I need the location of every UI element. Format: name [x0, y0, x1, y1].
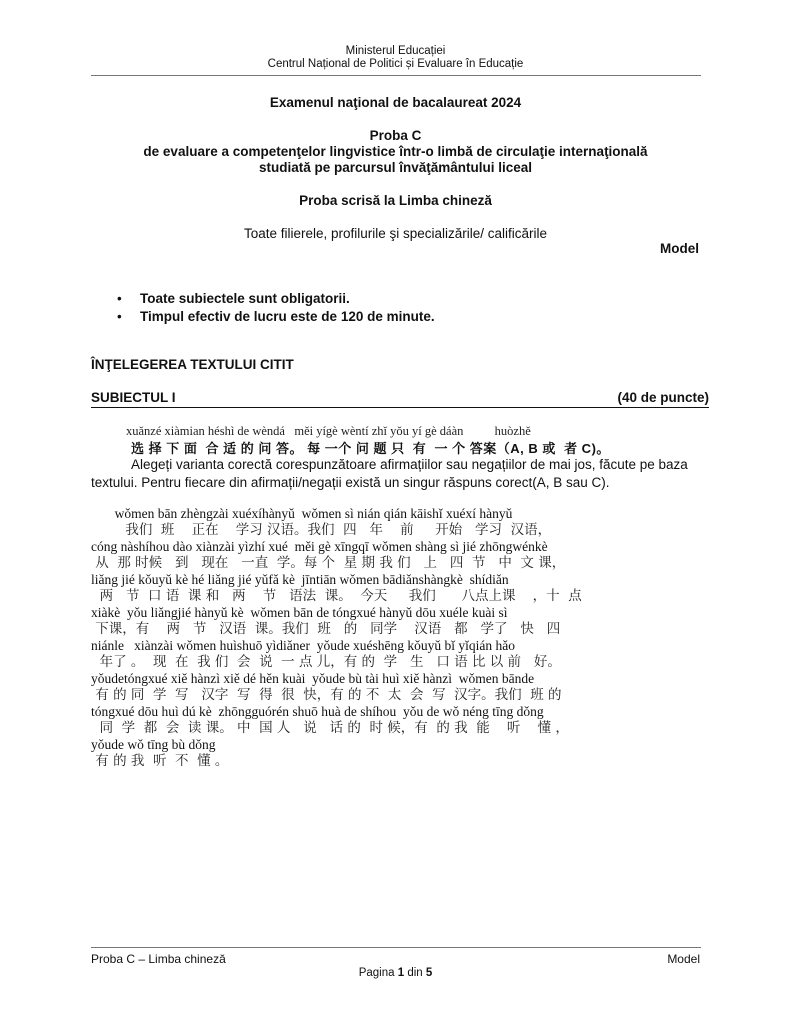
proba-subtitle-line2: studiată pe parcursul învăţământului lic…: [0, 160, 791, 176]
text-line: cóng nàshíhou dào xiànzài yìzhí xué měi …: [91, 540, 715, 572]
chinese-line: 两 节 口 语 课 和 两 节 语法 课。 今天 我们 八点上课 ，十 点: [91, 587, 715, 605]
scope-line: Toate filierele, profilurile şi speciali…: [0, 226, 791, 242]
rules-list: •Toate subiectele sunt obligatorii. •Tim…: [117, 290, 435, 326]
subject-points: (40 de puncte): [617, 390, 709, 405]
pinyin-line: yǒudetóngxué xiě hànzì xiě dé hěn kuài y…: [91, 672, 715, 686]
chinese-line: 年了 。 现 在 我 们 会 说 一 点 儿，有 的 学 生 口 语 比 以 前…: [91, 653, 715, 671]
exam-title: Examenul naţional de bacalaureat 2024: [0, 95, 791, 111]
chinese-line: 从 那 时候 到 现在 一直 学。每 个 星 期 我 们 上 四 节 中 文 课…: [91, 554, 715, 572]
rule-item: •Toate subiectele sunt obligatorii.: [117, 290, 435, 308]
section-title: ÎNŢELEGEREA TEXTULUI CITIT: [91, 357, 294, 372]
page-number: Pagina 1 din 5: [0, 967, 791, 979]
chinese-line: 下课，有 两 节 汉语 课。我们 班 的 同学 汉语 都 学了 快 四: [91, 620, 715, 638]
header-divider: [91, 75, 701, 76]
text-line: xiàkè yǒu liǎngjié hànyǔ kè wǒmen bān de…: [91, 606, 715, 638]
pinyin-line: tóngxué dōu huì dú kè zhōngguórén shuō h…: [91, 705, 715, 719]
chinese-line: 我们 班 正在 学习 汉语。我们 四 年 前 开始 学习 汉语，: [91, 521, 715, 539]
footer-right: Model: [667, 952, 700, 966]
rule-item: •Timpul efectiv de lucru este de 120 de …: [117, 308, 435, 326]
written-exam-title: Proba scrisă la Limba chineză: [0, 193, 791, 209]
bullet-icon: •: [117, 290, 122, 308]
ministry-name: Ministerul Educației: [0, 45, 791, 58]
text-line: liǎng jié kǒuyǔ kè hé liǎng jié yǔfǎ kè …: [91, 573, 715, 605]
footer-left: Proba C – Limba chineză: [91, 952, 226, 966]
pinyin-line: liǎng jié kǒuyǔ kè hé liǎng jié yǔfǎ kè …: [91, 573, 715, 587]
page-total: 5: [426, 967, 432, 979]
proba-title: Proba C: [0, 128, 791, 144]
footer-divider: [91, 947, 701, 948]
pinyin-line: niánle xiànzài wǒmen huìshuō yìdiǎner yǒ…: [91, 639, 715, 653]
rule-text: Toate subiectele sunt obligatorii.: [140, 291, 350, 306]
instruction-chinese: 选 择 下 面 合 适 的 问 答。 每 一个 问 题 只 有 一 个 答案（A…: [131, 438, 610, 457]
rule-text: Timpul efectiv de lucru este de 120 de m…: [140, 309, 435, 324]
text-line: yǒude wǒ tīng bù dǒng 有 的 我 听 不 懂 。: [91, 738, 715, 770]
chinese-line: 有 的 同 学 写 汉字 写 得 很 快，有 的 不 太 会 写 汉字。我们 班…: [91, 686, 715, 704]
reading-text: wǒmen bān zhèngzài xuéxíhànyǔ wǒmen sì n…: [91, 507, 715, 771]
proba-subtitle-line1: de evaluare a competenţelor lingvistice …: [0, 144, 791, 160]
page-sep: din: [407, 967, 422, 979]
chinese-line: 同 学 都 会 读 课。 中 国 人 说 话 的 时 候，有 的 我 能 听 懂…: [91, 719, 715, 737]
subject-header: SUBIECTUL I (40 de puncte): [91, 390, 709, 408]
bullet-icon: •: [117, 308, 122, 326]
instruction-romanian: Alegeți varianta corectă corespunzătoare…: [91, 456, 711, 492]
pinyin-line: xiàkè yǒu liǎngjié hànyǔ kè wǒmen bān de…: [91, 606, 715, 620]
pinyin-line: yǒude wǒ tīng bù dǒng: [91, 738, 715, 752]
page-current: 1: [398, 967, 404, 979]
instruction-pinyin: xuǎnzé xiàmian héshì de wèndá měi yígè w…: [126, 424, 531, 439]
page-prefix: Pagina: [359, 967, 395, 979]
center-name: Centrul Național de Politici și Evaluare…: [0, 58, 791, 71]
text-line: tóngxué dōu huì dú kè zhōngguórén shuō h…: [91, 705, 715, 737]
chinese-line: 有 的 我 听 不 懂 。: [91, 752, 715, 770]
pinyin-line: wǒmen bān zhèngzài xuéxíhànyǔ wǒmen sì n…: [91, 507, 715, 521]
model-label: Model: [660, 241, 699, 256]
pinyin-line: cóng nàshíhou dào xiànzài yìzhí xué měi …: [91, 540, 715, 554]
text-line: yǒudetóngxué xiě hànzì xiě dé hěn kuài y…: [91, 672, 715, 704]
subject-label: SUBIECTUL I: [91, 390, 176, 405]
text-line: niánle xiànzài wǒmen huìshuō yìdiǎner yǒ…: [91, 639, 715, 671]
text-line: wǒmen bān zhèngzài xuéxíhànyǔ wǒmen sì n…: [91, 507, 715, 539]
